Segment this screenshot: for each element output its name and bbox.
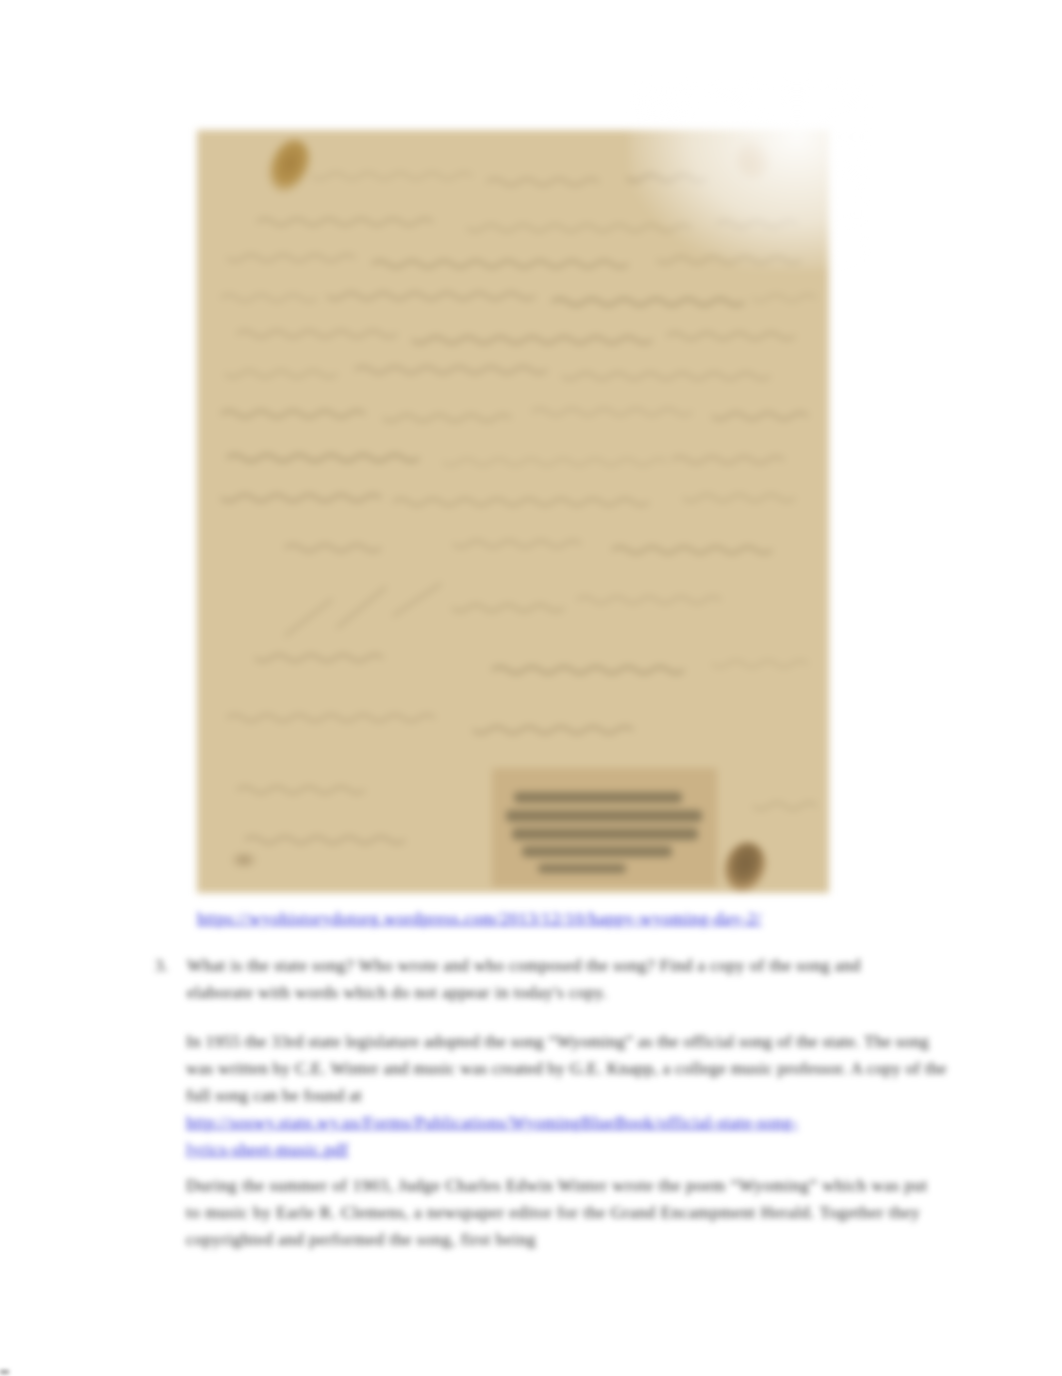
faint-smudge-bottom-left bbox=[231, 852, 257, 868]
paragraph-song-history: During the summer of 1903, Judge Charles… bbox=[186, 1172, 946, 1253]
question-list-item: 3. What is the state song? Who wrote and… bbox=[155, 952, 915, 1006]
state-song-pdf-link[interactable]: http://soswy.state.wy.us/Forms/Publicati… bbox=[186, 1109, 952, 1163]
question-text: What is the state song? Who wrote and wh… bbox=[187, 952, 897, 1006]
state-song-pdf-link-line1: http://soswy.state.wy.us/Forms/Publicati… bbox=[186, 1113, 798, 1132]
page-corner-artifact bbox=[0, 1370, 9, 1374]
document-page: https://wyohistorydotorg.wordpress.com/2… bbox=[0, 0, 1062, 1376]
manuscript-photo-image bbox=[197, 130, 829, 893]
image-caption-link[interactable]: https://wyohistorydotorg.wordpress.com/2… bbox=[197, 906, 857, 932]
paragraph-song-adoption: In 1955 the 33rd state legislature adopt… bbox=[186, 1028, 952, 1163]
photo-corner-light-fade bbox=[629, 80, 869, 270]
state-song-pdf-link-line2: lyrics-sheet-music.pdf bbox=[186, 1140, 349, 1159]
question-number: 3. bbox=[155, 952, 187, 1006]
paragraph-song-adoption-text: In 1955 the 33rd state legislature adopt… bbox=[186, 1032, 947, 1105]
pasted-newspaper-clipping bbox=[492, 768, 717, 887]
